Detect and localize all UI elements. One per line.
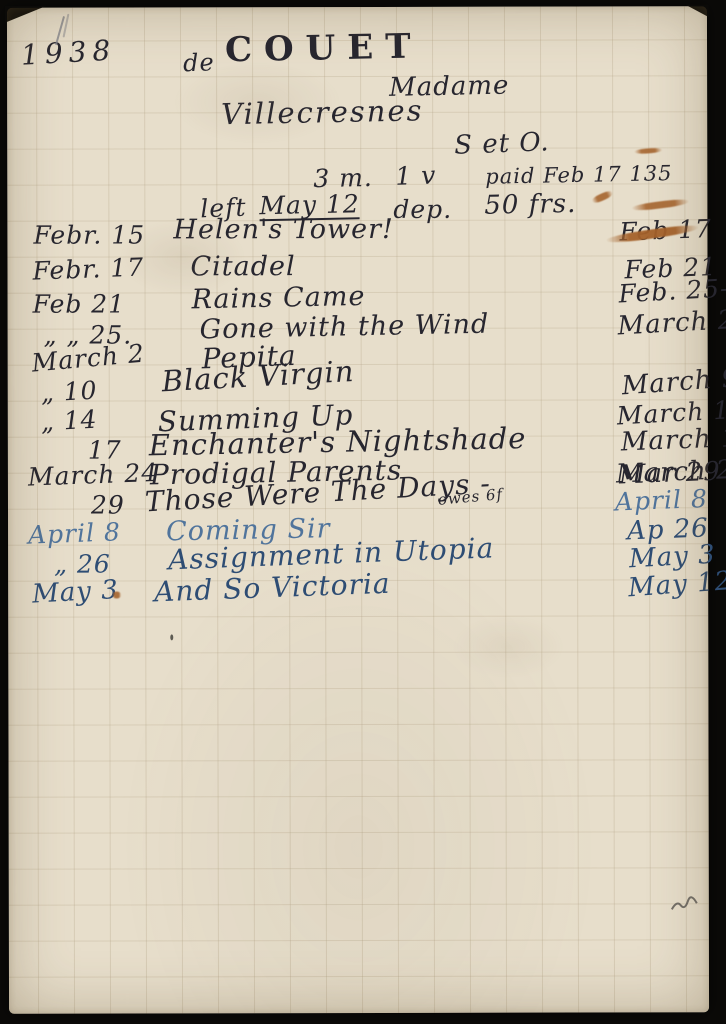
lending-card: 1938 de COUET Madame Villecresnes S et O… [7, 6, 709, 1013]
scanned-card-photo: { "palette": { "paper": "#e7decb", "grid… [0, 0, 726, 1024]
paper-shading [7, 6, 709, 1013]
